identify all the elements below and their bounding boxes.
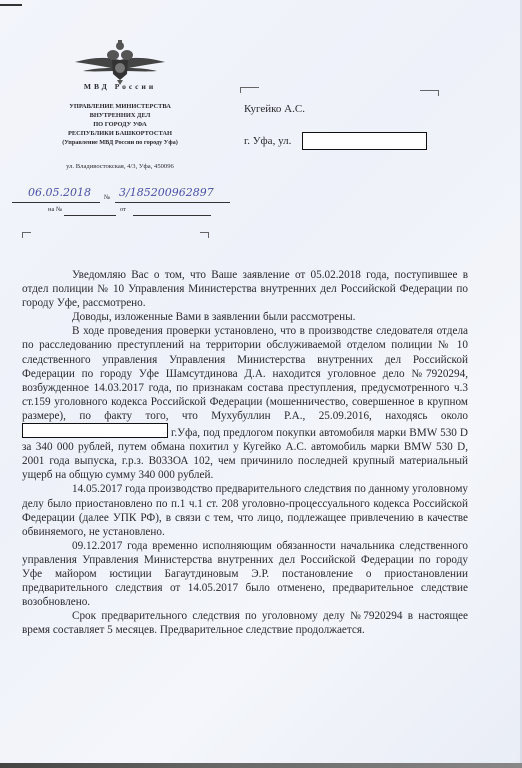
department-line: ПО ГОРОДУ УФА [0, 120, 240, 129]
department-line: ВНУТРЕННИХ ДЕЛ [0, 111, 240, 120]
paragraph: В ходе проведения проверки установлено, … [22, 324, 468, 482]
department-abbrev: (Управление МВД России по городу Уфа) [0, 138, 240, 147]
paragraph: Уведомляю Вас о том, что Ваше заявление … [22, 268, 468, 310]
corner-mark [240, 87, 259, 93]
paragraph: Срок предварительного следствия по уголо… [22, 609, 468, 637]
department-address: ул. Владивостокская, 4/3, Уфа, 450096 [0, 163, 240, 170]
paragraph: 09.12.2017 года временно исполняющим обя… [22, 539, 468, 609]
outgoing-date: 06.05.2018 [28, 186, 91, 199]
scan-edge-mark [0, 4, 22, 6]
corner-mark [22, 232, 31, 238]
corner-mark [200, 232, 209, 238]
outgoing-number: 3/185200962897 [119, 186, 214, 199]
paragraph: 14.05.2017 года производство предварител… [22, 482, 468, 538]
letter-body: Уведомляю Вас о том, что Ваше заявление … [22, 268, 468, 637]
reply-to-label: на № [48, 206, 62, 213]
redacted-location [22, 423, 168, 438]
date-underline [12, 202, 100, 203]
scan-bottom-edge [0, 763, 522, 768]
mvd-emblem-icon [75, 38, 165, 86]
number-label: № [104, 194, 110, 201]
paragraph-text: В ходе проведения проверки установлено, … [22, 325, 468, 422]
recipient-address-prefix: г. Уфа, ул. [244, 135, 291, 147]
department-name: УПРАВЛЕНИЕ МИНИСТЕРСТВА ВНУТРЕННИХ ДЕЛ П… [0, 102, 240, 147]
reply-to-underline [64, 215, 116, 216]
from-label: от [120, 206, 126, 213]
paragraph: Доводы, изложенные Вами в заявлении были… [22, 310, 468, 324]
from-underline [133, 215, 211, 216]
corner-mark [420, 90, 439, 96]
department-line: РЕСПУБЛИКИ БАШКОРТОСТАН [0, 129, 240, 138]
number-underline [115, 202, 230, 203]
agency-short-name: МВД России [0, 82, 240, 91]
redacted-address [302, 132, 427, 150]
recipient-name: Кугейко А.С. [244, 103, 305, 115]
department-line: УПРАВЛЕНИЕ МИНИСТЕРСТВА [0, 102, 240, 111]
